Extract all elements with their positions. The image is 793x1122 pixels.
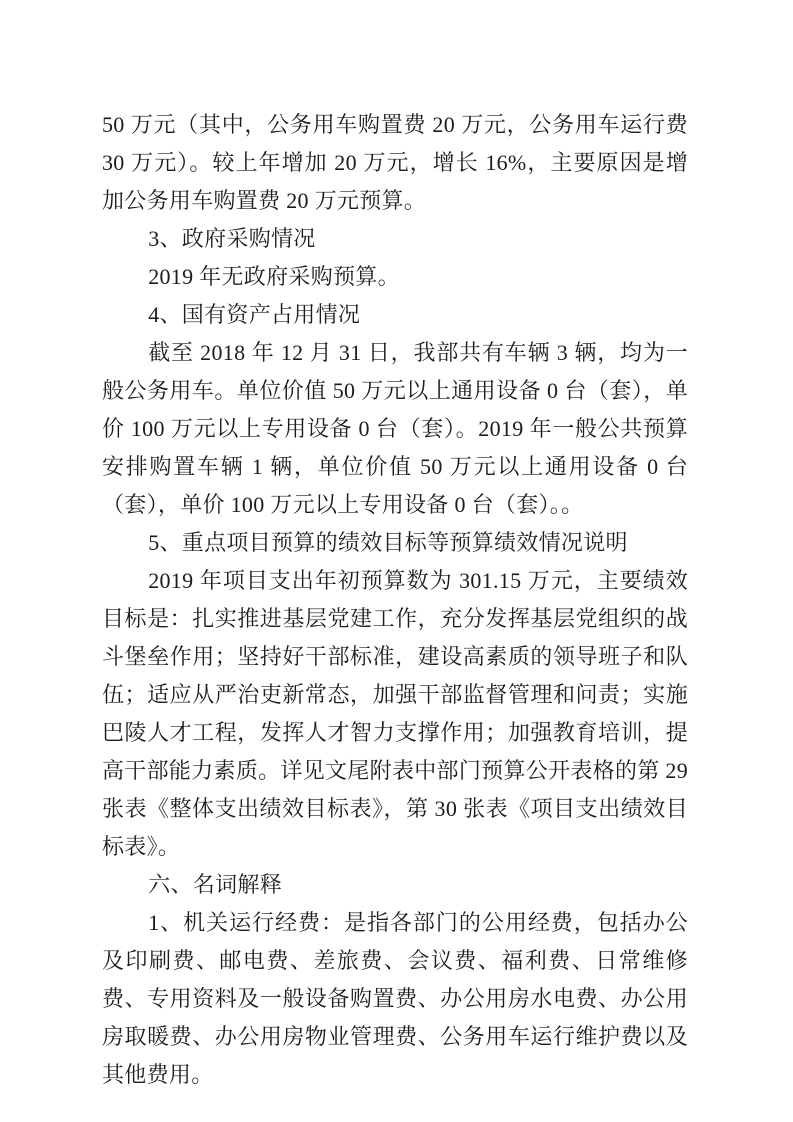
paragraph-vehicle-expense-continued: 50 万元（其中，公务用车购置费 20 万元，公务用车运行费 30 万元）。较上… xyxy=(102,106,688,220)
heading-state-owned-assets: 4、国有资产占用情况 xyxy=(102,296,688,334)
document-page: 50 万元（其中，公务用车购置费 20 万元，公务用车运行费 30 万元）。较上… xyxy=(0,0,793,1122)
paragraph-glossary-agency-operating-funds: 1、机关运行经费：是指各部门的公用经费，包括办公及印刷费、邮电费、差旅费、会议费… xyxy=(102,904,688,1094)
paragraph-state-owned-assets-detail: 截至 2018 年 12 月 31 日，我部共有车辆 3 辆，均为一般公务用车。… xyxy=(102,334,688,524)
paragraph-performance-goals: 2019 年项目支出年初预算数为 301.15 万元，主要绩效目标是：扎实推进基… xyxy=(102,562,688,866)
heading-government-procurement: 3、政府采购情况 xyxy=(102,220,688,258)
paragraph-procurement-status: 2019 年无政府采购预算。 xyxy=(102,258,688,296)
heading-glossary: 六、名词解释 xyxy=(102,866,688,904)
heading-key-project-performance: 5、重点项目预算的绩效目标等预算绩效情况说明 xyxy=(102,524,688,562)
document-body: 50 万元（其中，公务用车购置费 20 万元，公务用车运行费 30 万元）。较上… xyxy=(102,106,688,1094)
